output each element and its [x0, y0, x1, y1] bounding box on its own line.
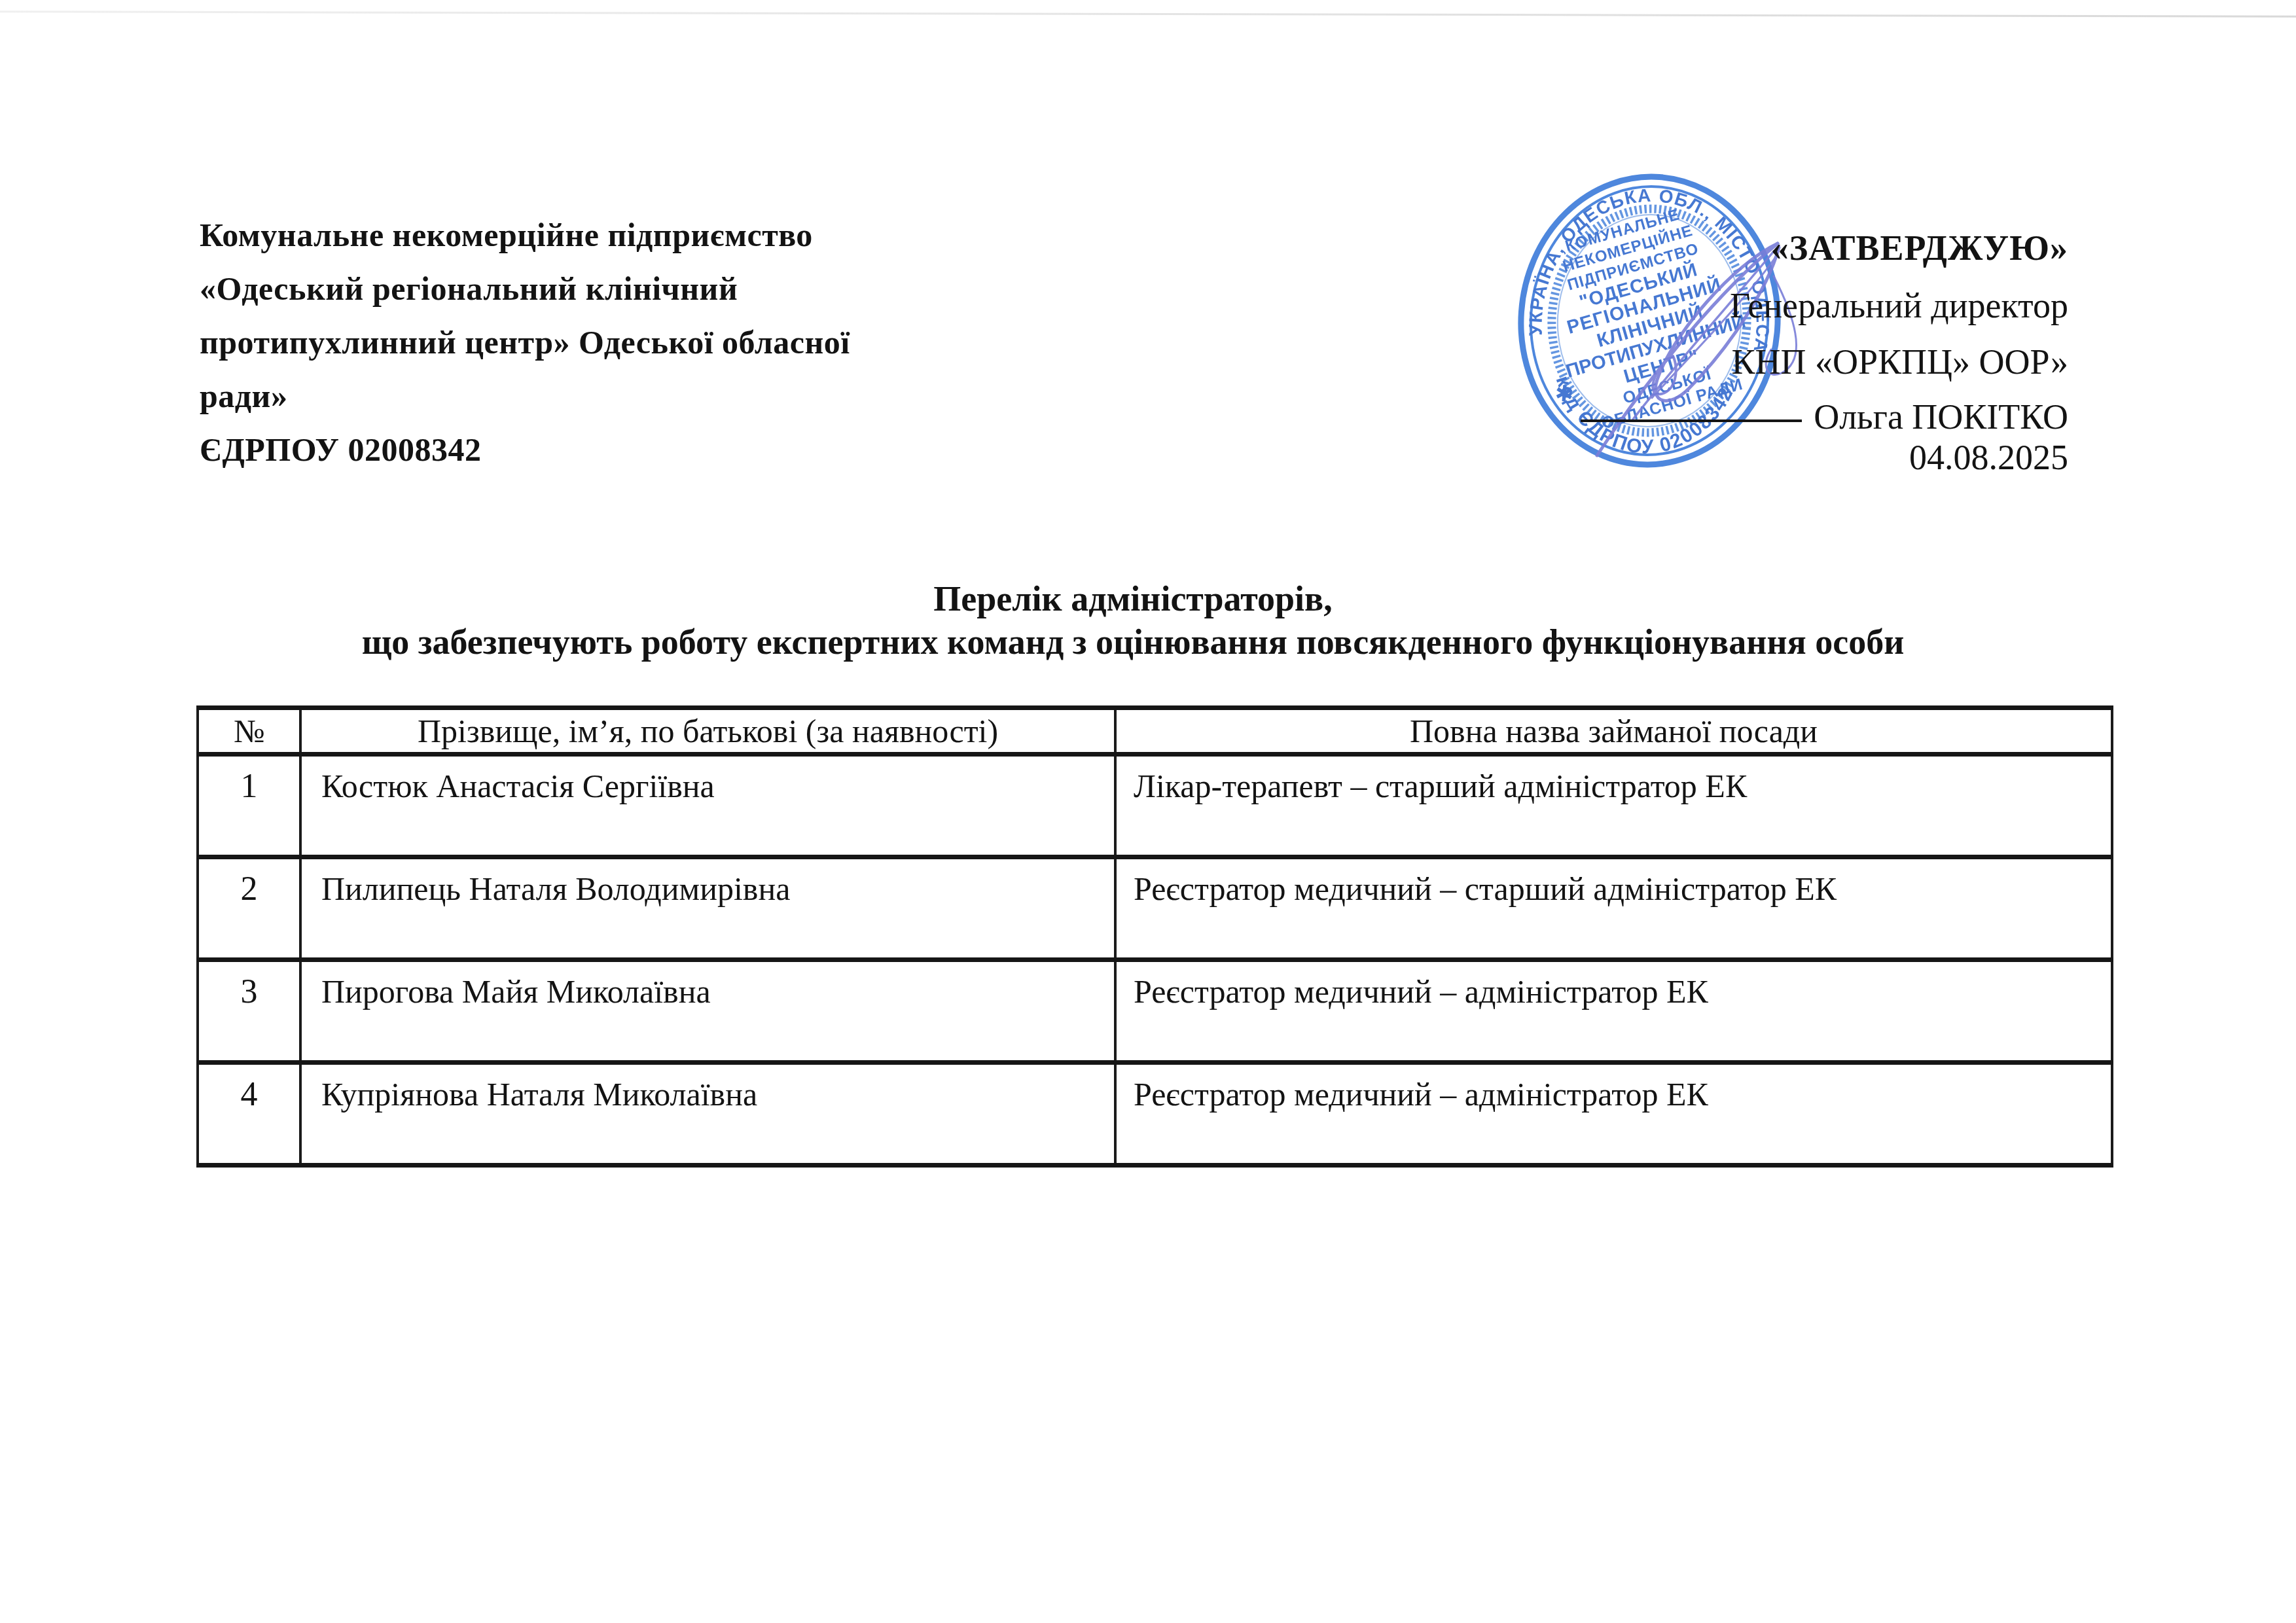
table-row: 2 Пилипець Наталя Володимирівна Реєстрат…: [198, 857, 2112, 960]
approval-block: «ЗАТВЕРДЖУЮ» Генеральний директор КНП «О…: [1479, 228, 2068, 478]
table-row: 3 Пирогова Майя Миколаївна Реєстратор ме…: [198, 960, 2112, 1063]
document-title: Перелік адміністраторів, що забезпечують…: [196, 579, 2070, 662]
scan-artifact-line: [0, 10, 2296, 17]
row-name: Пирогова Майя Миколаївна: [300, 960, 1115, 1063]
organization-block: Комунальне некомерційне підприємство «Од…: [200, 208, 1090, 476]
header-name: Прізвище, ім’я, по батькові (за наявност…: [300, 708, 1115, 755]
signature-row: Ольга ПОКІТКО: [1581, 397, 2068, 437]
row-name: Купріянова Наталя Миколаївна: [300, 1063, 1115, 1166]
header-position: Повна назва займаної посади: [1115, 708, 2112, 755]
row-position: Реєстратор медичний – старший адміністра…: [1115, 857, 2112, 960]
org-edrpou: ЄДРПОУ 02008342: [200, 423, 1090, 476]
row-position: Реєстратор медичний – адміністратор ЕК: [1115, 1063, 2112, 1166]
title-line-2: що забезпечують роботу експертних команд…: [196, 622, 2070, 662]
org-line: «Одеський регіональний клінічний: [200, 262, 1090, 315]
row-position: Реєстратор медичний – адміністратор ЕК: [1115, 960, 2112, 1063]
table-row: 4 Купріянова Наталя Миколаївна Реєстрато…: [198, 1063, 2112, 1166]
header-num: №: [198, 708, 300, 755]
scanned-document-page: Комунальне некомерційне підприємство «Од…: [0, 0, 2296, 1623]
title-line-1: Перелік адміністраторів,: [196, 579, 2070, 619]
table-row: 1 Костюк Анастасія Сергіївна Лікар-терап…: [198, 755, 2112, 857]
row-num: 2: [198, 857, 300, 960]
signature-line: [1581, 419, 1802, 422]
org-line: ради»: [200, 369, 1090, 423]
row-name: Пилипець Наталя Володимирівна: [300, 857, 1115, 960]
signer-name: Ольга ПОКІТКО: [1814, 397, 2068, 437]
org-line: Комунальне некомерційне підприємство: [200, 208, 1090, 262]
table-header-row: № Прізвище, ім’я, по батькові (за наявно…: [198, 708, 2112, 755]
row-num: 1: [198, 755, 300, 857]
row-name: Костюк Анастасія Сергіївна: [300, 755, 1115, 857]
org-line: протипухлинний центр» Одеської обласної: [200, 315, 1090, 369]
approve-label: «ЗАТВЕРДЖУЮ»: [1771, 228, 2068, 268]
row-num: 3: [198, 960, 300, 1063]
approver-position-line1: Генеральний директор: [1730, 285, 2068, 326]
row-position: Лікар-терапевт – старший адміністратор Е…: [1115, 755, 2112, 857]
approver-position-line2: КНП «ОРКПЦ» ООР»: [1732, 342, 2068, 382]
approval-date: 04.08.2025: [1909, 437, 2068, 478]
administrators-table: № Прізвище, ім’я, по батькові (за наявно…: [196, 705, 2113, 1168]
row-num: 4: [198, 1063, 300, 1166]
